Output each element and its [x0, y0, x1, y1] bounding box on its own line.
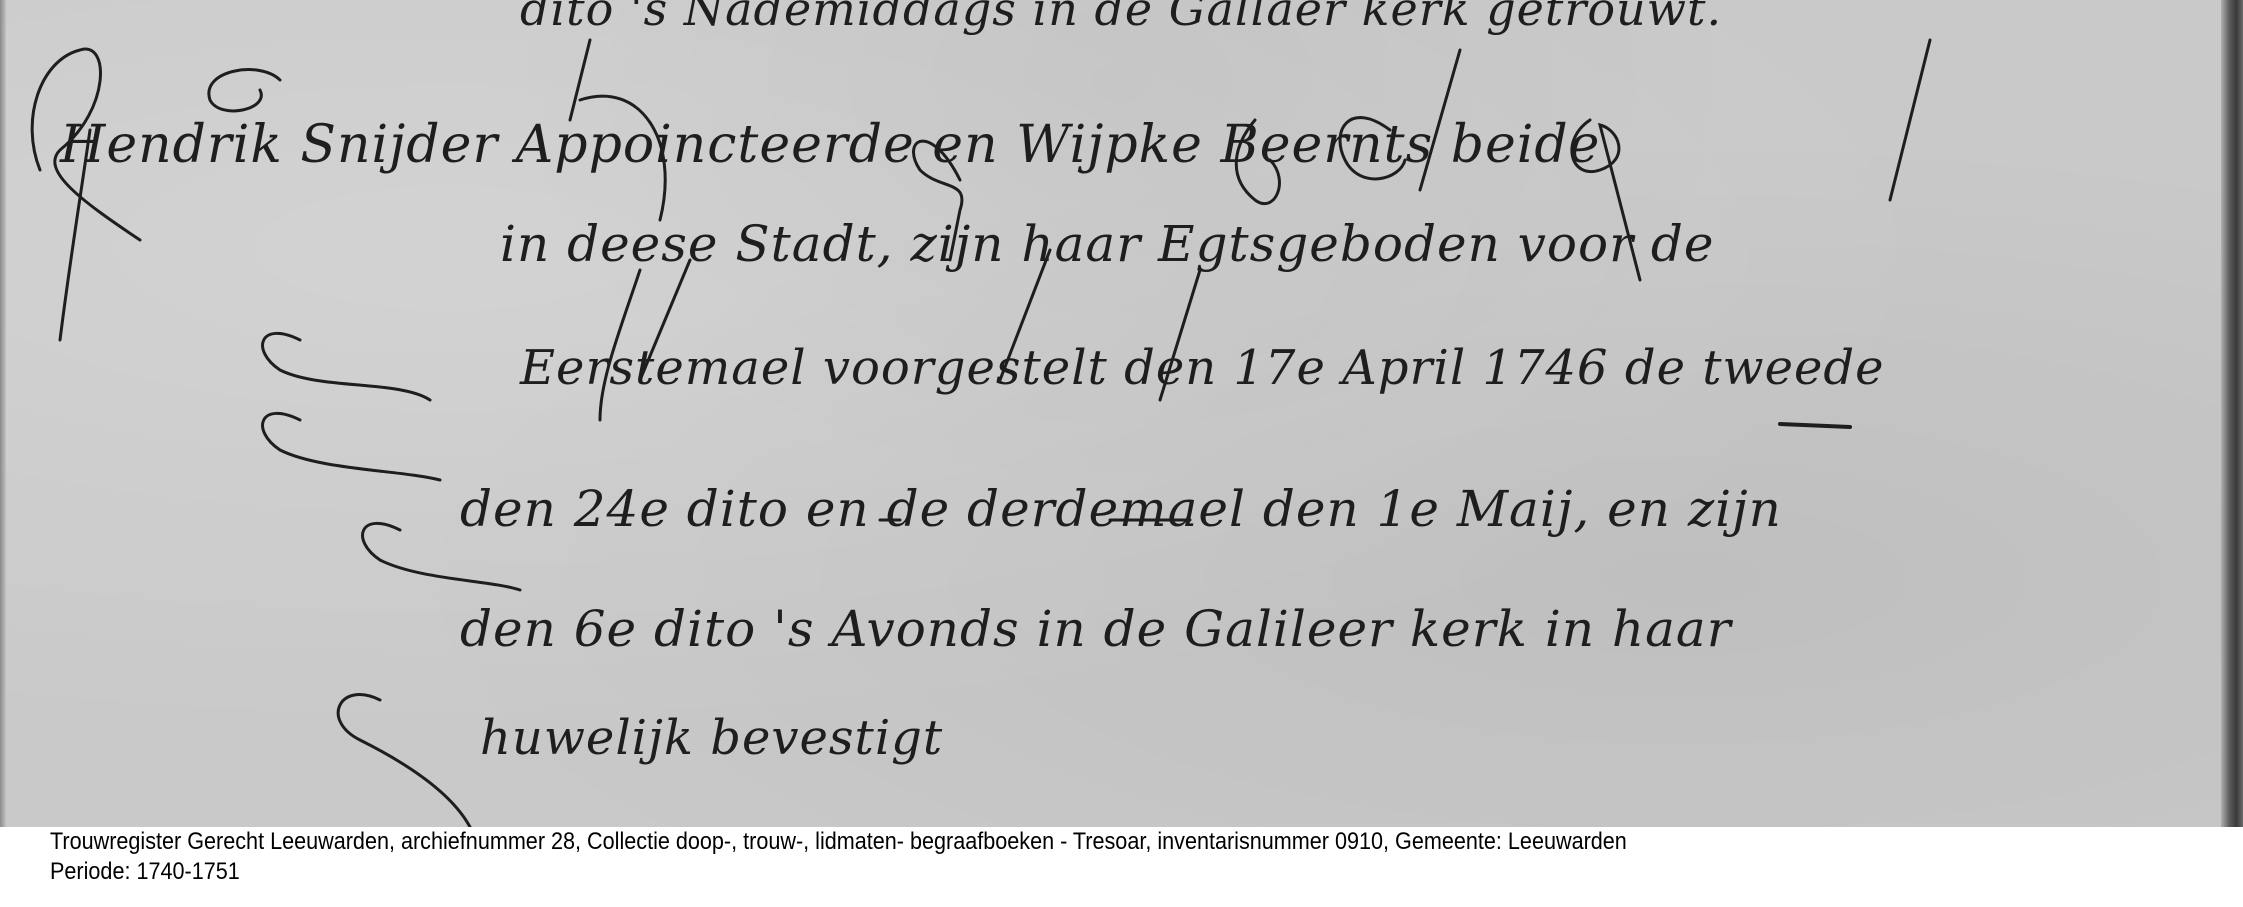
handwritten-line-6: den 6e dito 's Avonds in de Galileer ker…	[460, 600, 1732, 658]
handwritten-line-1: dito 's Nademiddags in de Gallaer kerk g…	[520, 0, 1722, 36]
caption-period-line: Periode: 1740-1751	[50, 857, 2021, 887]
handwritten-line-3: in deese Stadt, zijn haar Egtsgeboden vo…	[500, 215, 1715, 273]
caption-source-line: Trouwregister Gerecht Leeuwarden, archie…	[50, 827, 2021, 857]
handwritten-line-4: Eerstemael voorgestelt den 17e April 174…	[520, 340, 1885, 396]
handwritten-line-7: huwelijk bevestigt	[480, 710, 943, 766]
handwritten-line-2: Hendrik Snijder Appoincteerde en Wijpke …	[60, 115, 1600, 175]
scanned-register-page: dito 's Nademiddags in de Gallaer kerk g…	[0, 0, 2243, 827]
source-caption: Trouwregister Gerecht Leeuwarden, archie…	[50, 827, 2240, 907]
handwritten-line-5: den 24e dito en de derdemael den 1e Maij…	[460, 480, 1782, 538]
